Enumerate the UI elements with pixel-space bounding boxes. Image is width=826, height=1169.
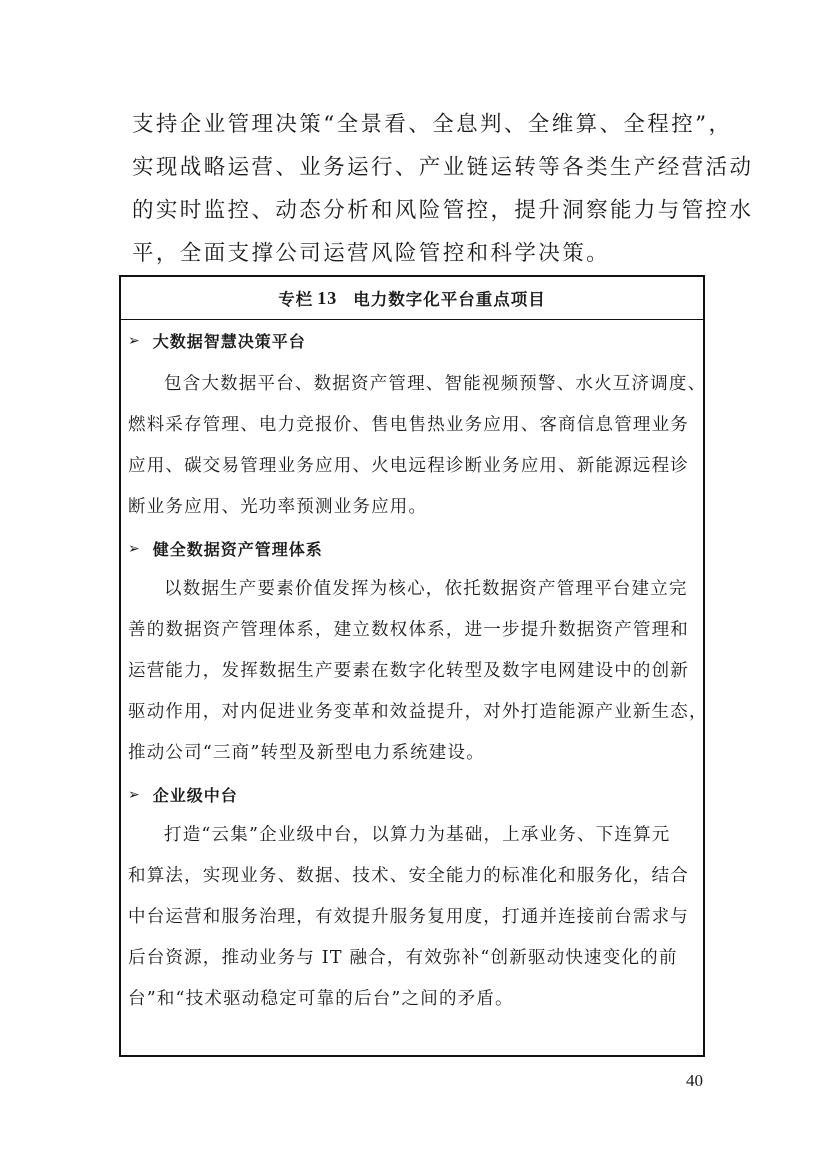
paragraph-line: 驱动作用，对内促进业务变革和效益提升，对外打造能源产业新生态， <box>128 692 695 733</box>
intro-line: 实现战略运营、业务运行、产业链运转等各类生产经营活动 <box>132 146 702 189</box>
section-paragraph: 包含大数据平台、数据资产管理、智能视频预警、水火互济调度、 燃料采存管理、电力竞… <box>128 364 695 528</box>
section-title: ➢ 大数据智慧决策平台 <box>128 320 695 361</box>
section-title-text: 企业级中台 <box>153 783 238 806</box>
page-number: 40 <box>686 1071 703 1091</box>
section-big-data-platform: ➢ 大数据智慧决策平台 包含大数据平台、数据资产管理、智能视频预警、水火互济调度… <box>121 320 703 528</box>
paragraph-line: 中台运营和服务治理，有效提升服务复用度，打通并连接前台需求与 <box>128 897 695 938</box>
paragraph-line: 后台资源，推动业务与 IT 融合，有效弥补“创新驱动快速变化的前 <box>128 938 695 979</box>
arrow-bullet-icon: ➢ <box>128 541 141 557</box>
arrow-bullet-icon: ➢ <box>128 333 141 349</box>
paragraph-line: 和算法，实现业务、数据、技术、安全能力的标准化和服务化，结合 <box>128 856 695 897</box>
paragraph-line: 推动公司“三商”转型及新型电力系统建设。 <box>128 733 695 774</box>
intro-line: 平，全面支撑公司运营风险管控和科学决策。 <box>132 232 702 275</box>
section-paragraph: 打造“云集”企业级中台，以算力为基础，上承业务、下连算元 和算法，实现业务、数据… <box>128 815 695 1020</box>
section-title-text: 健全数据资产管理体系 <box>153 537 323 560</box>
intro-line: 的实时监控、动态分析和风险管控，提升洞察能力与管控水 <box>132 189 702 232</box>
paragraph-line: 燃料采存管理、电力竞报价、售电售热业务应用、客商信息管理业务 <box>128 405 695 446</box>
box-label: 专栏 <box>278 286 313 310</box>
paragraph-line: 运营能力，发挥数据生产要素在数字化转型及数字电网建设中的创新 <box>128 651 695 692</box>
section-paragraph: 以数据生产要素价值发挥为核心，依托数据资产管理平台建立完 善的数据资产管理体系，… <box>128 569 695 774</box>
section-title: ➢ 企业级中台 <box>128 774 695 815</box>
paragraph-line: 断业务应用、光功率预测业务应用。 <box>128 487 695 528</box>
intro-paragraph: 支持企业管理决策“全景看、全息判、全维算、全程控”， 实现战略运营、业务运行、产… <box>132 103 702 275</box>
paragraph-line: 台”和“技术驱动稳定可靠的后台”之间的矛盾。 <box>128 979 695 1020</box>
feature-box: 专栏 13 电力数字化平台重点项目 ➢ 大数据智慧决策平台 包含大数据平台、数据… <box>119 275 705 1057</box>
box-title: 电力数字化平台重点项目 <box>353 286 546 310</box>
arrow-bullet-icon: ➢ <box>128 787 141 803</box>
paragraph-line: 打造“云集”企业级中台，以算力为基础，上承业务、下连算元 <box>128 815 695 856</box>
section-title: ➢ 健全数据资产管理体系 <box>128 528 695 569</box>
intro-line: 支持企业管理决策“全景看、全息判、全维算、全程控”， <box>132 103 702 146</box>
box-number: 13 <box>317 288 337 309</box>
section-data-asset-management: ➢ 健全数据资产管理体系 以数据生产要素价值发挥为核心，依托数据资产管理平台建立… <box>121 528 703 774</box>
paragraph-line: 包含大数据平台、数据资产管理、智能视频预警、水火互济调度、 <box>128 364 695 405</box>
section-enterprise-middle-platform: ➢ 企业级中台 打造“云集”企业级中台，以算力为基础，上承业务、下连算元 和算法… <box>121 774 703 1020</box>
paragraph-line: 以数据生产要素价值发挥为核心，依托数据资产管理平台建立完 <box>128 569 695 610</box>
box-header: 专栏 13 电力数字化平台重点项目 <box>121 277 703 320</box>
paragraph-line: 善的数据资产管理体系，建立数权体系，进一步提升数据资产管理和 <box>128 610 695 651</box>
section-title-text: 大数据智慧决策平台 <box>153 329 306 352</box>
paragraph-line: 应用、碳交易管理业务应用、火电远程诊断业务应用、新能源远程诊 <box>128 446 695 487</box>
